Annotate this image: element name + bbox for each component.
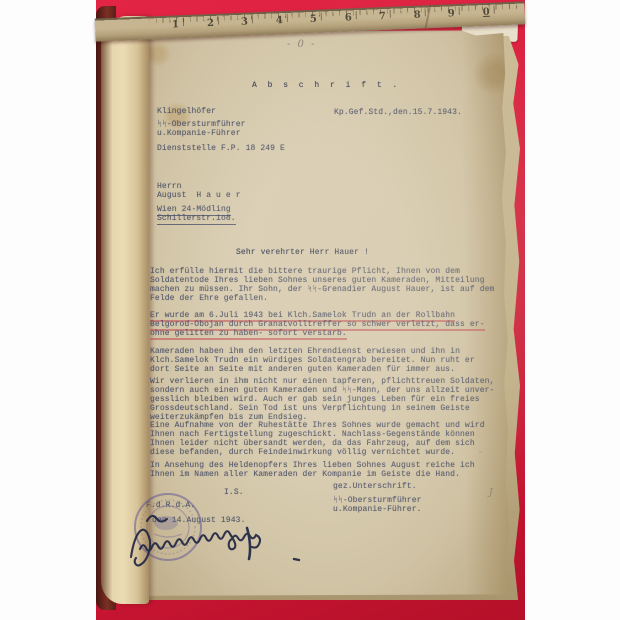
ruler-number: 9 [448,8,455,19]
doc-line: diese befanden, durch Feindeinwirkung vö… [150,448,455,457]
doc-line: Felde der Ehre gefallen. [150,294,268,303]
sender-rank2: u.Kompanie-Führer [157,129,241,138]
doc-line: machen zu müssen. Ihr Sohn, der ᛋᛋ-Grena… [150,285,494,294]
ruler-ticks [150,4,519,24]
ruler-number: 1 [172,19,179,30]
ruler-number: 3 [241,16,248,27]
salutation: Sehr verehrter Herr Hauer ! [236,248,369,257]
ruler-number: 6 [345,12,352,23]
ruler-number: 2 [207,18,214,29]
closing-rank2: u.Kompanie-Führer. [333,505,422,514]
ruler-number: 5 [310,14,317,25]
page-number-mark: - 0 - [287,40,316,49]
dateline: Kp.Gef.Std.,den.15.7.1943. [334,108,462,117]
doc-line: Wir verlieren in ihm nicht nur einen tap… [150,377,494,386]
product-photo: 1 2 3 4 5 6 7 8 9 0 - 0 - A b s c h r i … [0,0,620,620]
doc-line: Eine Aufnahme von der Ruhestätte Ihres S… [150,421,485,430]
sender-rank1: ᛋᛋ-Obersturmführer [157,120,246,129]
doc-line: dort Seite an Seite mit anderen guten Ka… [150,365,455,374]
recipient-name: August H a u e r [157,191,241,200]
recipient-salut: Herrn [157,182,182,191]
margin-dash-mark: - [479,447,482,456]
doc-line: Ihnen leider nicht übersandt werden, da … [150,439,475,448]
doc-line: Ihnen nach Fertigstellung zugeschickt. N… [150,430,475,439]
recipient-street: Schillerstr.1o8. [157,214,236,225]
doc-line: Ihnen im Namen aller Kameraden der Kompa… [150,470,460,479]
doc-line: Soldatentode Ihres lieben Sohnes unseres… [150,276,485,285]
signed-label: gez.Unterschrift. [333,482,417,491]
ruler-number: 4 [276,15,283,26]
closing-rank1: ᛋᛋ-Obersturmführer [333,496,422,505]
doc-line: Klch.Samelok Trudn ein würdiges Soldaten… [150,356,475,365]
doc-title: A b s c h r i f t . [252,81,400,90]
doc-line: In Ansehung des Heldenopfers Ihres liebe… [150,461,475,470]
doc-line: sondern auch einen guten Kameraden und ᛋ… [150,386,494,395]
sender-name: Klingelhöfer [157,107,216,116]
doc-line: Grossdeutschland. Sein Tod ist uns Verpf… [150,404,470,413]
doc-line: Kameraden haben ihm den letzten Ehrendie… [150,347,460,356]
ruler-number: 8 [414,10,421,21]
curled-flyleaf [101,16,149,604]
sender-office: Dienststelle F.P. 18 249 E [157,144,285,153]
doc-line: gesslich bleiben wird. Auch er gab sein … [150,395,480,404]
seal-abbrev: I.S. [224,488,244,497]
certify-date: den 14.August 1943. [152,516,246,525]
ruler-number: 0 [483,7,490,18]
red-backdrop: 1 2 3 4 5 6 7 8 9 0 [96,0,525,620]
ruler-number: 7 [379,11,386,22]
certify-abbrev: F.d.R.d.A. [146,501,195,510]
doc-line: Ich erfülle hiermit die bittere traurige… [150,267,460,276]
doc-line-underlined: ohne gelitten zu haben- sofort verstarb. [150,329,347,340]
corner-pencil-mark: J [489,489,493,498]
